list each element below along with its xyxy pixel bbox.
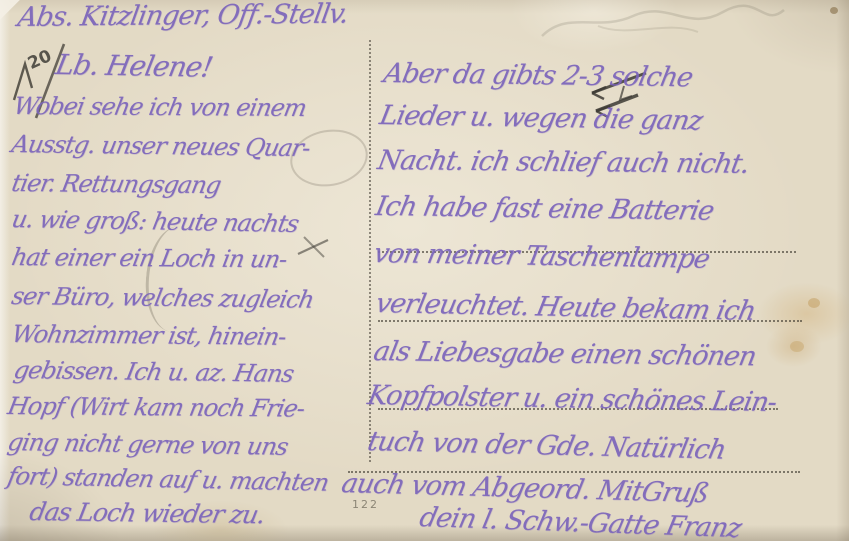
handwriting-salutation: Lb. Helene! bbox=[53, 48, 215, 84]
handwriting-line: von meiner Taschenlampe bbox=[371, 238, 712, 275]
pencil-cross-mark bbox=[296, 234, 332, 260]
paper-corner-highlight bbox=[0, 0, 20, 20]
handwriting-line: ging nicht gerne von uns bbox=[5, 428, 290, 461]
pencil-faint-scribble bbox=[538, 2, 788, 46]
handwriting-line: Aber da gibts 2-3 solche bbox=[381, 58, 695, 93]
handwriting-line: ser Büro, welches zugleich bbox=[9, 282, 316, 314]
paper-stain bbox=[790, 341, 804, 352]
handwriting-line: Ausstg. unser neues Quar- bbox=[9, 130, 312, 162]
handwriting-line: fort) standen auf u. machten bbox=[5, 462, 331, 497]
handwriting-line: als Liebesgabe einen schönen bbox=[371, 336, 758, 372]
handwriting-line: Kopfpolster u. ein schönes Lein- bbox=[365, 380, 779, 418]
handwriting-line: Wobei sehe ich von einem bbox=[11, 92, 308, 122]
handwriting-line: Nacht. ich schlief auch nicht. bbox=[375, 145, 751, 180]
handwriting-line: gebissen. Ich u. az. Hans bbox=[11, 356, 295, 388]
paper-stain bbox=[830, 7, 838, 14]
pencil-arc-mark bbox=[141, 224, 209, 335]
paper-stain bbox=[808, 298, 820, 308]
handwriting-line: das Loch wieder zu. bbox=[27, 497, 267, 529]
handwriting-line: tuch von der Gde. Natürlich bbox=[365, 426, 728, 466]
handwriting-line: Ich habe fast eine Batterie bbox=[373, 191, 716, 227]
handwriting-line: Hopf (Wirt kam noch Frie- bbox=[5, 392, 306, 423]
handwriting-line: tier. Rettungsgang bbox=[9, 169, 222, 199]
handwriting-line: hat einer ein Loch in un- bbox=[9, 243, 289, 273]
handwriting-line: u. wie groß: heute nachts bbox=[9, 205, 300, 238]
handwriting-line: Wohnzimmer ist, hinein- bbox=[9, 320, 288, 351]
handwriting-sender-line: Abs. Kitzlinger, Off.-Stellv. bbox=[15, 0, 350, 33]
handwriting-line: auch vom Abgeord. MitGruß bbox=[339, 468, 711, 509]
postcard-back: 122 20 bbox=[0, 0, 849, 541]
handwriting-line: Lieder u. wegen die ganz bbox=[377, 100, 705, 137]
